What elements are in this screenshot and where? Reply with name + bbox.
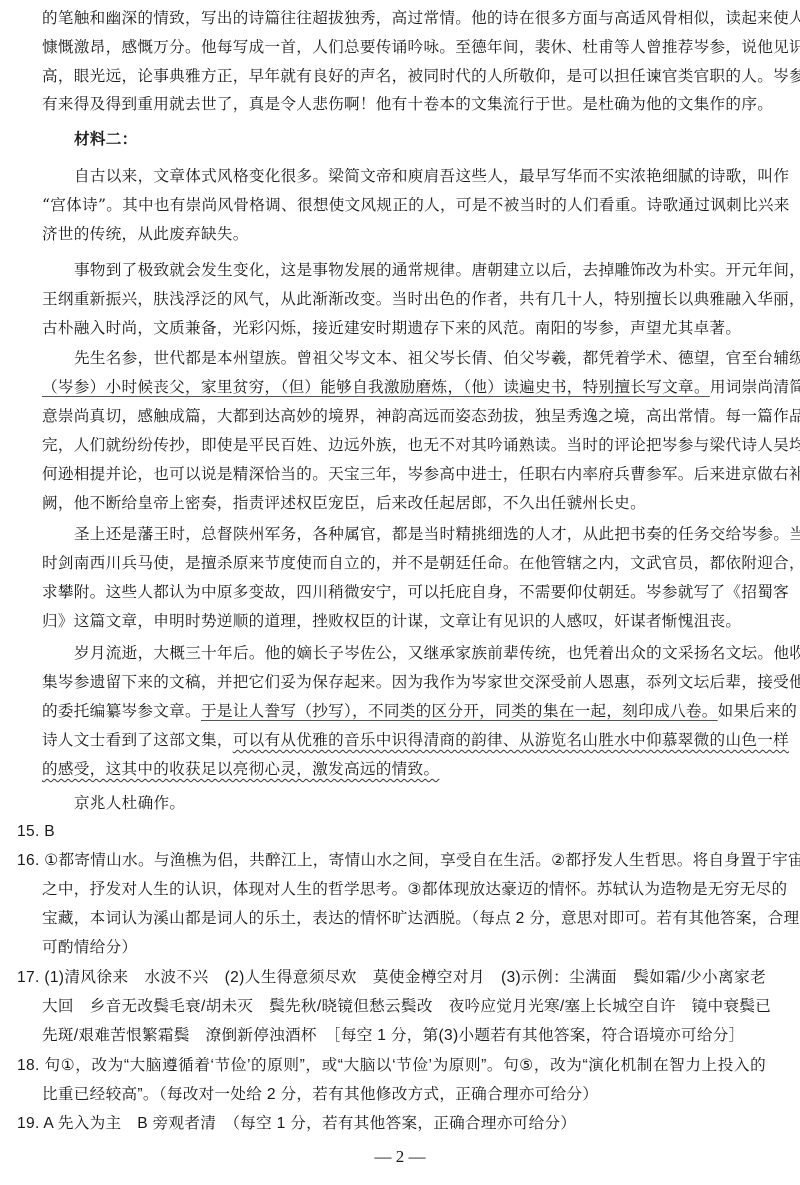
text-line: 阙，他不断给皇帝上密奏，指责评述权臣宠臣，后来改任起居郎，不久出任虢州长史。 <box>42 493 766 513</box>
text-line: 圣上还是藩王时，总督陕州军务，各种属官，都是当时精挑细选的人才，从此把书奏的任务… <box>74 524 766 544</box>
text-line: 可酌情给分） <box>42 938 766 958</box>
answer-19: 19. A 先入为主 B 旁观者清 （每空 1 分，若有其他答案，正确合理亦可给… <box>17 1114 766 1134</box>
text-span: 用词崇尚清简，命 <box>710 378 800 396</box>
text-span: 诗人文士看到了这部文集， <box>42 731 233 749</box>
section-heading: 材料二： <box>74 129 766 149</box>
text-line: 集岑参遗留下来的文稿，并把它们妥为保存起来。因为我作为岑家世交深受前人恩惠，忝列… <box>42 672 766 692</box>
text-line: 济世的传统，从此废弃缺失。 <box>42 224 766 244</box>
text-line: 的笔触和幽深的情致，写出的诗篇往往超拔独秀，高过常情。他的诗在很多方面与高适风骨… <box>42 8 766 28</box>
text-line: 事物到了极致就会发生变化，这是事物发展的通常规律。唐朝建立以后，去掉雕饰改为朴实… <box>74 260 766 280</box>
wavy-underlined-sentence: 可以有从优雅的音乐中识得清商的韵律、从游览名山胜水中仰慕翠微的山色一样 <box>233 731 789 749</box>
answer-15: 15. B <box>17 822 766 842</box>
text-line: 的感受，这其中的收获足以亮彻心灵，激发高远的情致。 <box>42 759 766 779</box>
text-line: 意崇尚真切，感触成篇，大都到达高妙的境界，神韵高远而姿态劲拔，独呈秀逸之境，高出… <box>42 406 766 426</box>
text-line: 有来得及得到重用就去世了，真是令人悲伤啊！他有十卷本的文集流行于世。是杜确为他的… <box>42 94 766 114</box>
text-line: （岑参）小时候丧父，家里贫穷，（但）能够自我激励磨炼，（他）读遍史书，特别擅长写… <box>42 377 766 397</box>
signature: 京兆人杜确作。 <box>74 793 766 813</box>
text-line: 宝藏，本词认为溪山都是词人的乐土，表达的情怀旷达洒脱。（每点 2 分，意思对即可… <box>42 909 766 929</box>
text-span: 如果后来的 <box>718 702 797 720</box>
text-line: 自古以来，文章体式风格变化很多。梁简文帝和庾肩吾这些人，最早写华而不实浓艳细腻的… <box>74 166 766 186</box>
text-line: 求攀附。这些人都认为中原多变故，四川稍微安宁，可以托庇自身，不需要仰仗朝廷。岑参… <box>42 582 766 602</box>
text-line: 归》这篇文章，申明时势逆顺的道理，挫败权臣的计谋，文章让有见识的人感叹，奸谋者惭… <box>42 611 766 631</box>
wavy-underlined-sentence: 的感受，这其中的收获足以亮彻心灵，激发高远的情致。 <box>42 760 439 778</box>
text-line: 比重已经较高”。（每改对一处给 2 分，若有其他修改方式，正确合理亦可给分） <box>42 1085 766 1105</box>
text-line: 岁月流逝，大概三十年后。他的嫡长子岑佐公，又继承家族前辈传统，也凭着出众的文采扬… <box>74 643 766 663</box>
page-number: — 2 — <box>0 1147 800 1167</box>
text-line: 何逊相提并论，也可以说是精深恰当的。天宝三年，岑参高中进士，任职右内率府兵曹参军… <box>42 464 766 484</box>
text-line: 的委托编纂岑参文章。于是让人誊写（抄写），不同类的区分开，同类的集在一起，刻印成… <box>42 701 766 721</box>
answer-17: 17. (1)清风徐来 水波不兴 (2)人生得意须尽欢 莫使金樽空对月 (3)示… <box>17 968 766 988</box>
answer-16: 16. ①都寄情山水。与渔樵为侣，共醉江上，寄情山水之间，享受自在生活。②都抒发… <box>17 851 766 871</box>
underlined-sentence: 于是让人誊写（抄写），不同类的区分开，同类的集在一起，刻印成八卷。 <box>201 702 718 720</box>
text-span: 的委托编纂岑参文章。 <box>42 702 201 720</box>
text-line: 古朴融入时尚，文质兼备，光彩闪烁，接近建安时期遗存下来的风范。南阳的岑参，声望尤… <box>42 318 766 338</box>
document-page: 的笔触和幽深的情致，写出的诗篇往往超拔独秀，高过常情。他的诗在很多方面与高适风骨… <box>0 0 800 1185</box>
text-line: 王纲重新振兴，肤浅浮泛的风气，从此渐渐改变。当时出色的作者，共有几十人，特别擅长… <box>42 289 766 309</box>
underlined-sentence: （岑参）小时候丧父，家里贫穷，（但）能够自我激励磨炼，（他）读遍史书，特别擅长写… <box>42 378 710 396</box>
text-line: 先生名参，世代都是本州望族。曾祖父岑文本、祖父岑长倩、伯父岑羲，都凭着学术、德望… <box>74 348 766 368</box>
text-line: 时剑南西川兵马使，是擅杀原来节度使而自立的，并不是朝廷任命。在他管辖之内，文武官… <box>42 553 766 573</box>
answer-18: 18. 句①，改为“大脑遵循着‘节俭’的原则”，或“大脑以‘节俭’为原则”。句⑤… <box>17 1056 766 1076</box>
text-line: 大回 乡音无改鬓毛衰/胡未灭 鬓先秋/晓镜但愁云鬓改 夜吟应觉月光寒/塞上长城空… <box>42 997 766 1017</box>
text-line: “宫体诗”。其中也有崇尚风骨格调、很想使文风规正的人，可是不被当时的人们看重。诗… <box>42 195 766 215</box>
text-line: 先斑/艰难苦恨繁霜鬓 潦倒新停浊酒杯 ［每空 1 分，第(3)小题若有其他答案，… <box>42 1026 766 1046</box>
text-line: 高，眼光远，论事典雅方正，早年就有良好的声名，被同时代的人所敬仰，是可以担任谏官… <box>42 66 766 86</box>
text-line: 完，人们就纷纷传抄，即使是平民百姓、边远外族，也无不对其吟诵熟读。当时的评论把岑… <box>42 435 766 455</box>
text-line: 慷慨激昂，感慨万分。他每写成一首，人们总要传诵吟咏。至德年间，裴休、杜甫等人曾推… <box>42 37 766 57</box>
text-line: 之中，抒发对人生的认识，体现对人生的哲学思考。③都体现放达豪迈的情怀。苏轼认为造… <box>42 880 766 900</box>
text-line: 诗人文士看到了这部文集，可以有从优雅的音乐中识得清商的韵律、从游览名山胜水中仰慕… <box>42 730 766 750</box>
